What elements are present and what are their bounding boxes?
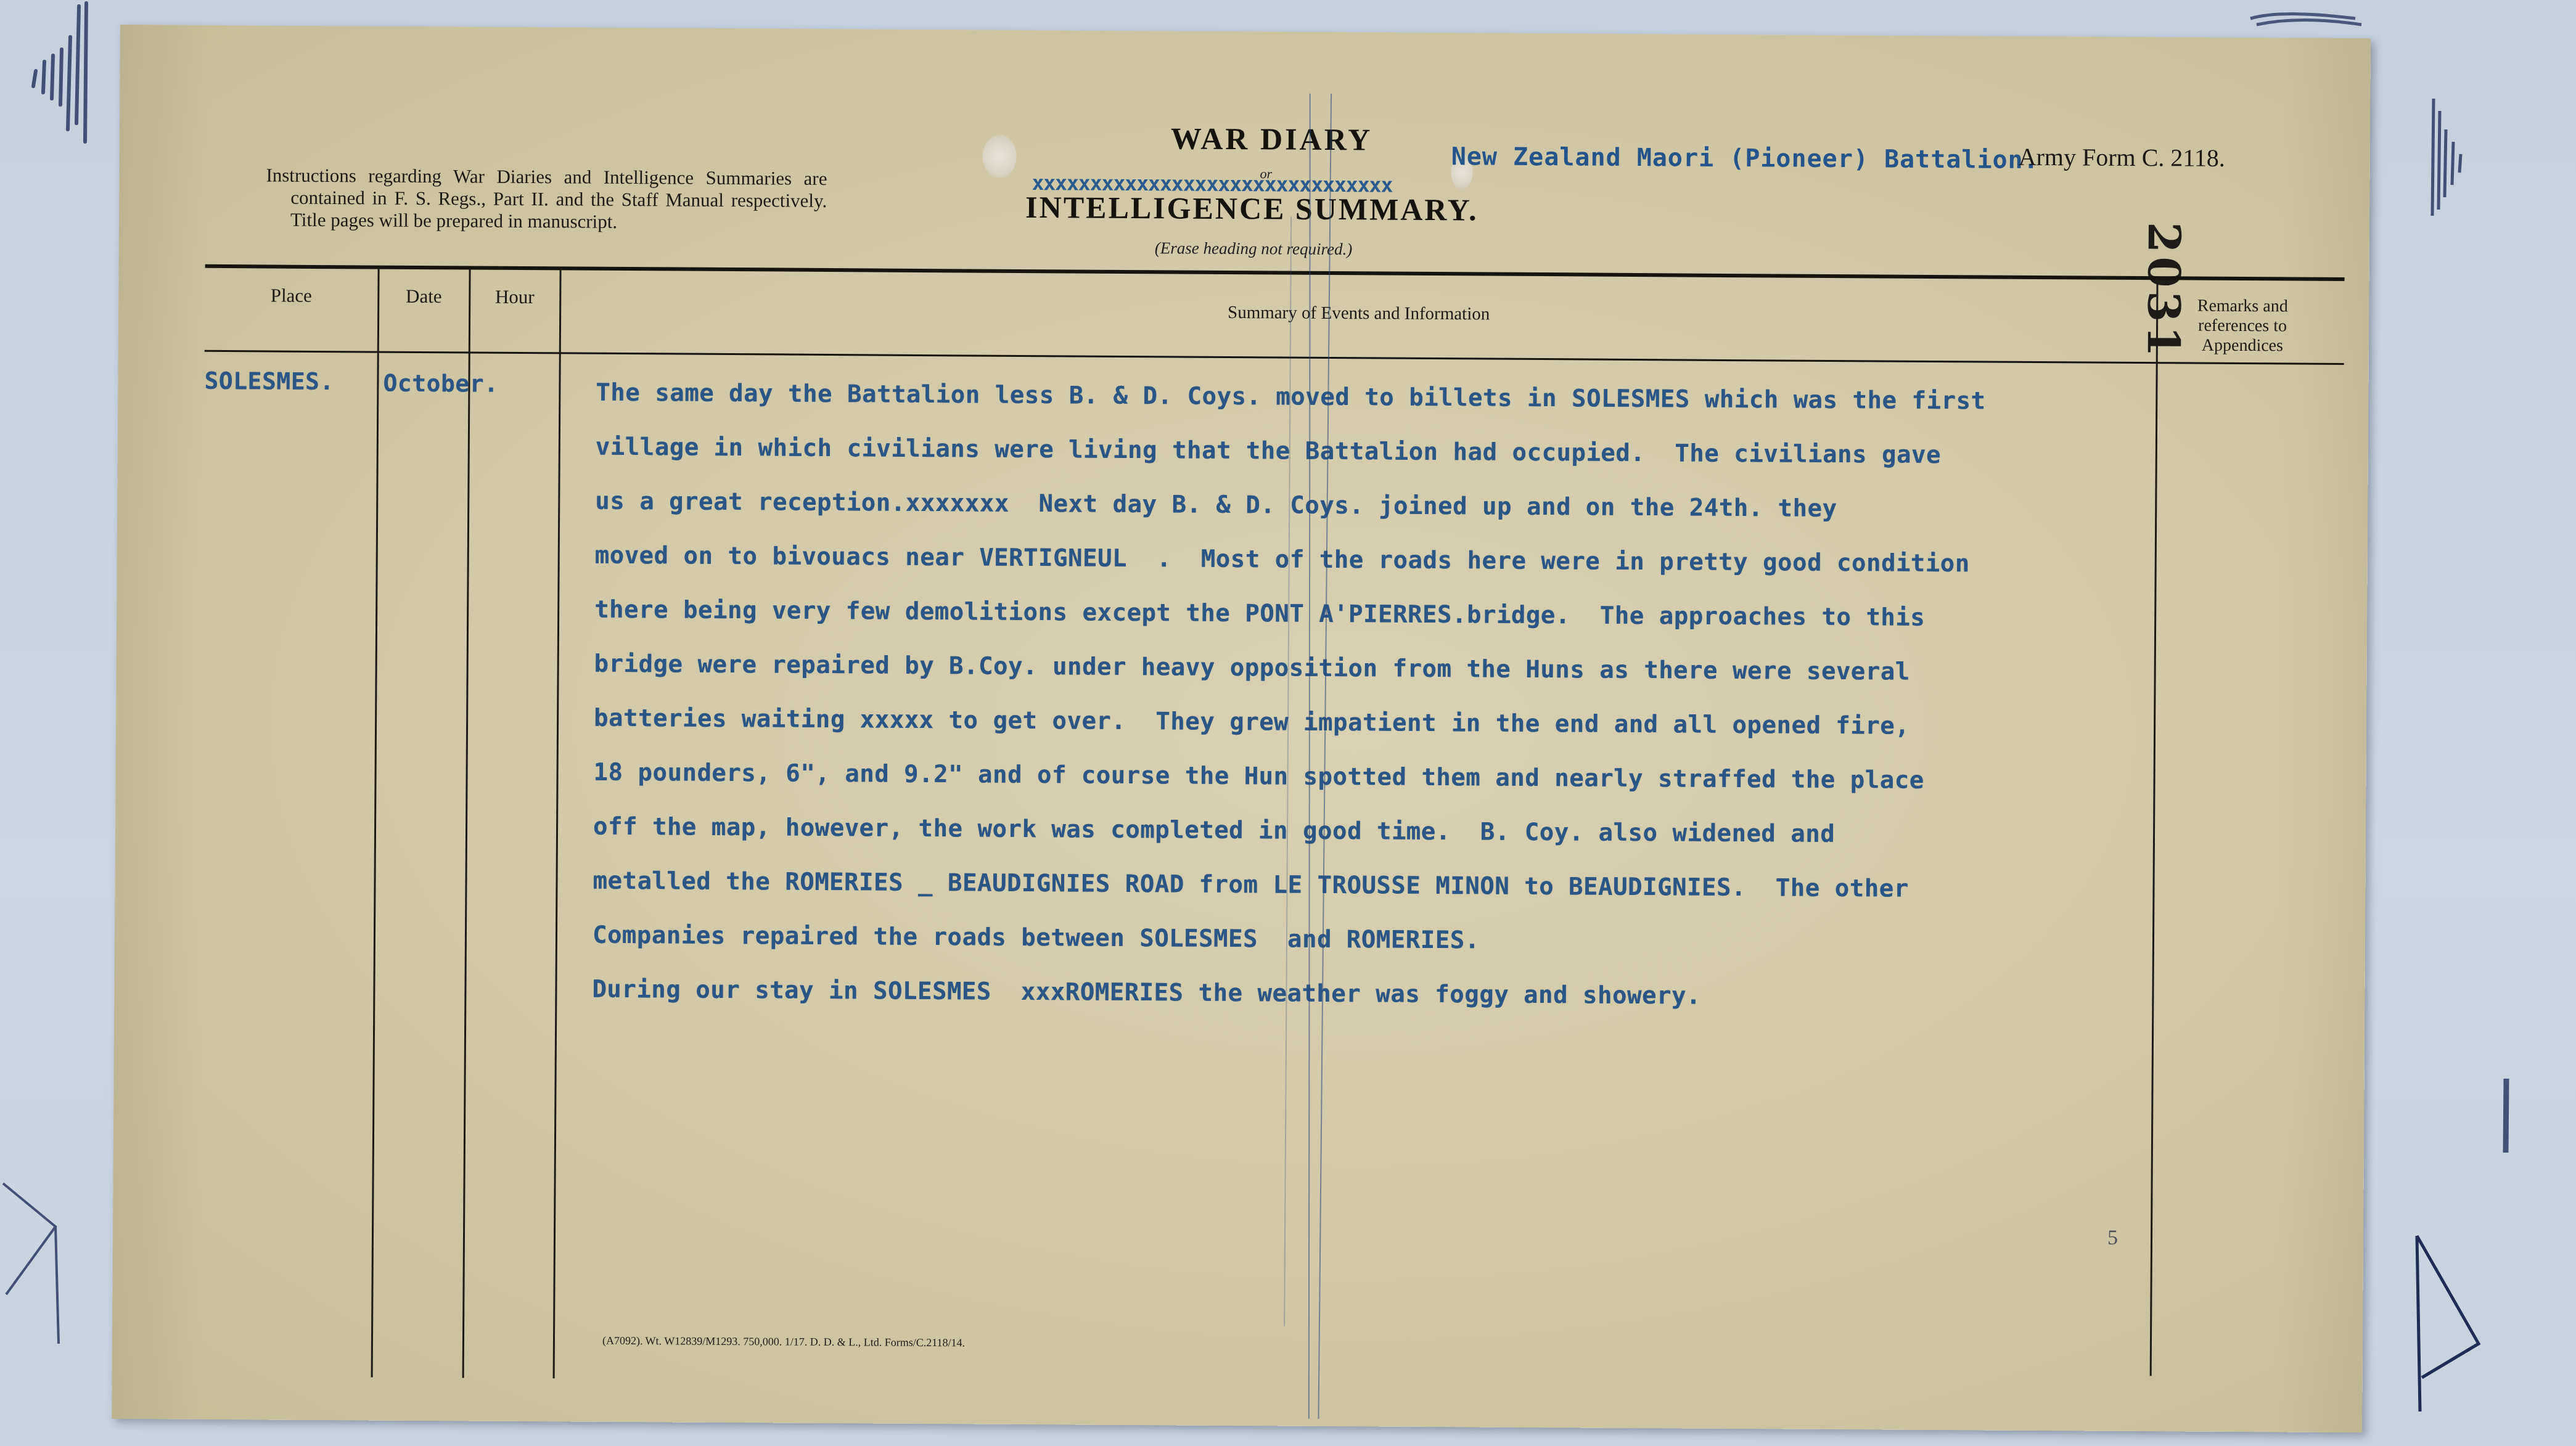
column-divider-place-date (371, 268, 380, 1378)
unit-name: New Zealand Maori (Pioneer) Battalion. (1451, 142, 2039, 174)
summary-line: bridge were repaired by B.Coy. under hea… (594, 650, 1910, 686)
summary-line: Companies repaired the roads between SOL… (593, 921, 1480, 955)
pencil-scribble-top-left (12, 0, 99, 148)
title-war-diary: WAR DIARY (1171, 120, 1373, 157)
printer-imprint: (A7092). Wt. W12839/M1293. 750,000. 1/17… (602, 1334, 965, 1350)
entry-date: October. (383, 370, 498, 398)
header-top-rule (205, 264, 2345, 281)
army-form-number: Army Form C. 2118. (2019, 142, 2225, 173)
header-bottom-rule (205, 350, 2344, 365)
instructions-note: Instructions regarding War Diaries and I… (266, 164, 827, 234)
title-intelligence-summary: INTELLIGENCE SUMMARY. (1025, 189, 1479, 227)
summary-line: off the map, however, the work was compl… (593, 813, 1836, 848)
entry-summary: The same day the Battalion less B. & D. … (120, 25, 2371, 38)
pin-hole (983, 135, 1017, 178)
summary-line: village in which civilians were living t… (596, 433, 1941, 469)
fold-line (1308, 94, 1311, 1419)
pencil-scribble-top-right (2244, 0, 2368, 37)
column-header-summary: Summary of Events and Information (561, 298, 2156, 329)
summary-line: us a great reception.xxxxxxx Next day B.… (595, 488, 1837, 523)
summary-line: there being very few demolitions except … (594, 596, 1925, 632)
summary-line: 18 pounders, 6", and 9.2" and of course … (593, 759, 1924, 794)
column-header-place: Place (205, 284, 377, 308)
fold-line (1318, 94, 1332, 1419)
title-erase-note: (Erase heading not required.) (1155, 239, 1353, 259)
column-header-hour: Hour (470, 285, 559, 308)
pencil-triangle-bottom-right (2405, 1233, 2491, 1418)
column-header-date: Date (379, 285, 469, 308)
summary-line: moved on to bivouacs near VERTIGNEUL . M… (595, 542, 1970, 578)
entry-place: SOLESMES. (204, 367, 334, 395)
summary-line: During our stay in SOLESMES xxxROMERIES … (592, 976, 1701, 1010)
column-divider-hour-summary (553, 269, 562, 1378)
summary-line: metalled the ROMERIES _ BEAUDIGNIES ROAD… (593, 867, 1908, 903)
column-divider-summary-remarks (2150, 279, 2159, 1376)
war-diary-page: Instructions regarding War Diaries and I… (112, 25, 2371, 1432)
column-divider-date-hour (462, 268, 471, 1378)
pencil-scribble-right (2426, 92, 2476, 228)
pencil-mark-right-mid (2497, 1076, 2516, 1156)
page-mark: 5 (2107, 1227, 2118, 1250)
summary-line: batteries waiting xxxxx to get over. The… (594, 705, 1909, 740)
column-header-remarks: Remarks and references to Appendices (2178, 296, 2308, 356)
pencil-mark-bottom-left (0, 1171, 68, 1356)
